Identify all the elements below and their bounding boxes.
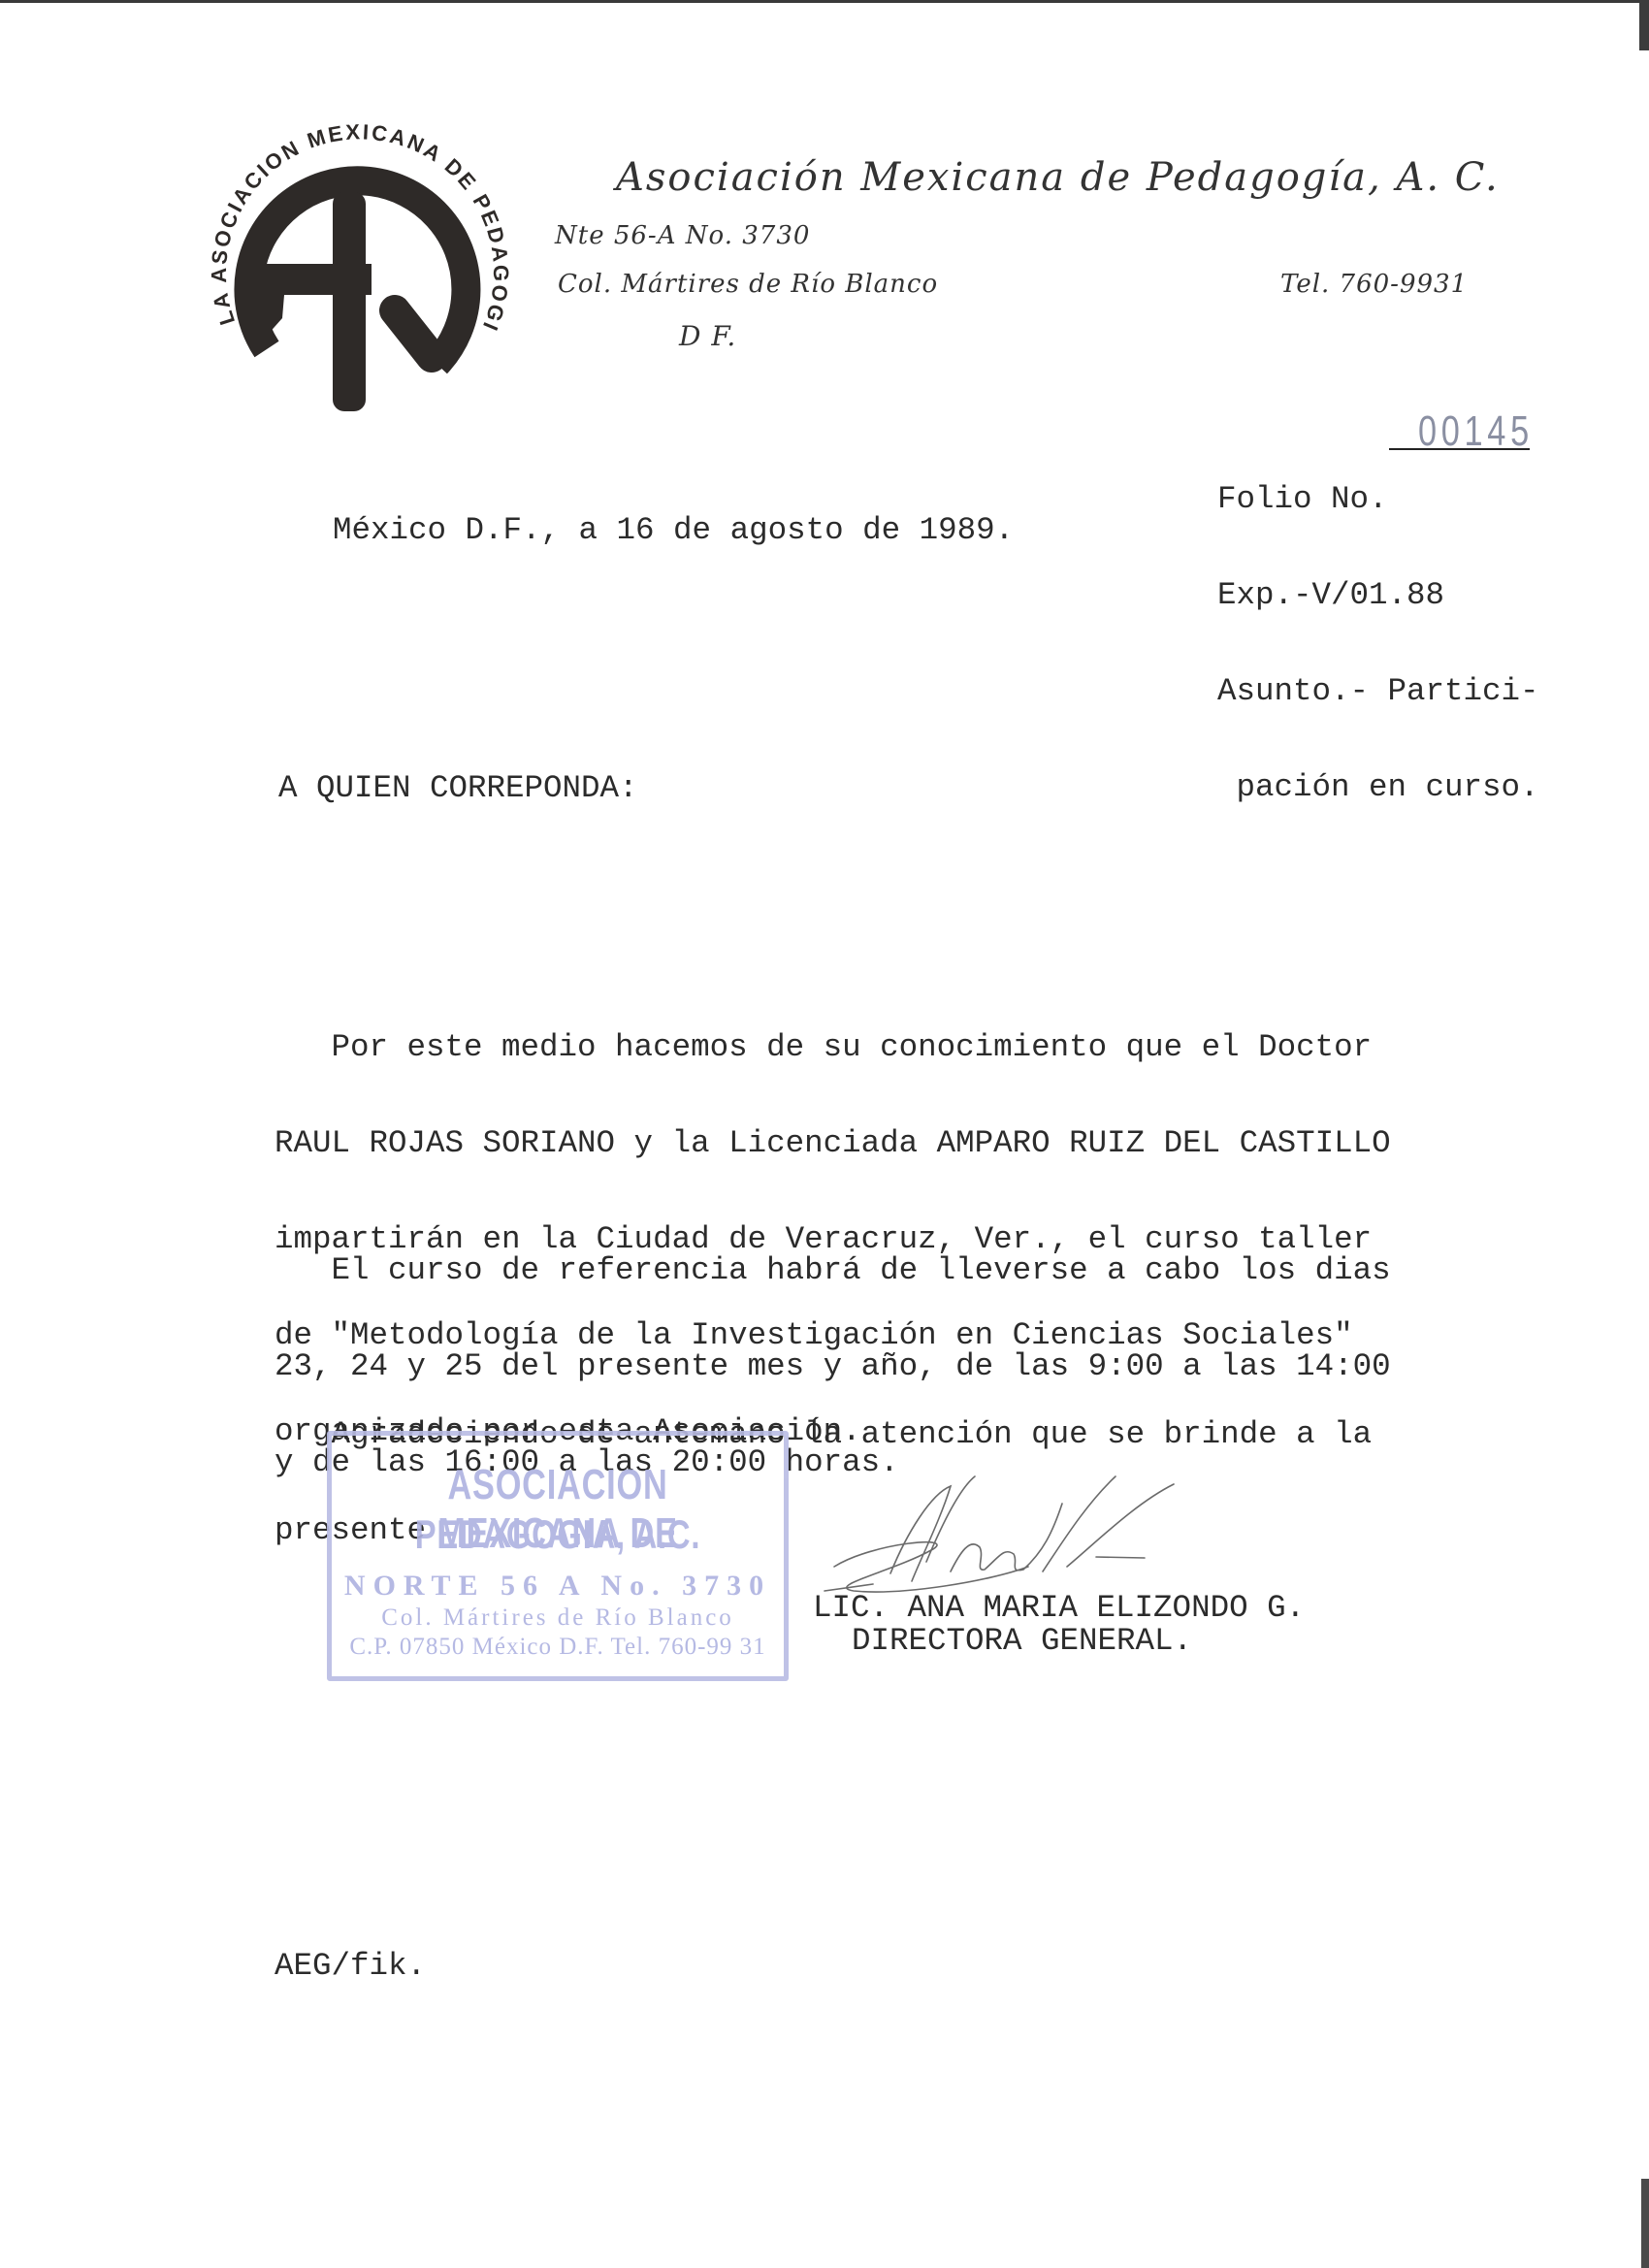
reference-initials: AEG/fik. [275, 1950, 426, 1982]
stamp-line-5: C.P. 07850 México D.F. Tel. 760-99 31 [339, 1634, 776, 1661]
stamp-line-4: Col. Mártires de Río Blanco [341, 1604, 774, 1632]
salutation: A QUIEN CORREPONDA: [278, 772, 638, 804]
organization-stamp: ASOCIACION MEXICANA DE PEDAGOGIA, A.C. N… [327, 1431, 789, 1681]
asunto-line-1: Asunto.- Partici- [1217, 675, 1539, 707]
folio-number: 00145 [1418, 407, 1534, 456]
folio-label: Folio No. [1217, 483, 1539, 515]
paragraph-line: Por este medio hacemos de su conocimient… [275, 1031, 1391, 1063]
address-line-2: Col. Mártires de Río Blanco [558, 270, 938, 299]
signer-name: LIC. ANA MARIA ELIZONDO G. [813, 1592, 1305, 1624]
paragraph-line: RAUL ROJAS SORIANO y la Licenciada AMPAR… [275, 1127, 1391, 1159]
address-city: D F. [679, 320, 736, 352]
telephone: Tel. 760-9931 [1280, 270, 1468, 299]
organization-logo: LA ASOCIACION MEXICANA DE PEDAGOGIA A.C. [189, 107, 519, 417]
date-line: México D.F., a 16 de agosto de 1989. [333, 514, 1014, 546]
scan-edge-right [1639, 0, 1649, 50]
signature [815, 1465, 1222, 1610]
organization-name: Asociación Mexicana de Pedagogía, A. C. [616, 155, 1500, 200]
signer-title: DIRECTORA GENERAL. [852, 1625, 1192, 1657]
scan-edge-right-bottom [1641, 2179, 1649, 2268]
stamp-line-2: PEDAGOGIA, A.C. [397, 1511, 719, 1558]
expediente: Exp.-V/01.88 [1217, 579, 1539, 611]
paragraph-line: El curso de referencia habrá de lleverse… [275, 1254, 1391, 1286]
scan-edge-top [0, 0, 1649, 3]
reference-block: Folio No. Exp.-V/01.88 Asunto.- Partici-… [1217, 419, 1539, 835]
stamp-line-3: NORTE 56 A No. 3730 [341, 1570, 774, 1603]
address-line-1: Nte 56-A No. 3730 [555, 221, 810, 250]
ap-monogram-logo-icon: LA ASOCIACION MEXICANA DE PEDAGOGIA A.C. [189, 107, 519, 417]
asunto-line-2: pación en curso. [1217, 771, 1539, 803]
handwritten-signature-icon [815, 1465, 1222, 1610]
